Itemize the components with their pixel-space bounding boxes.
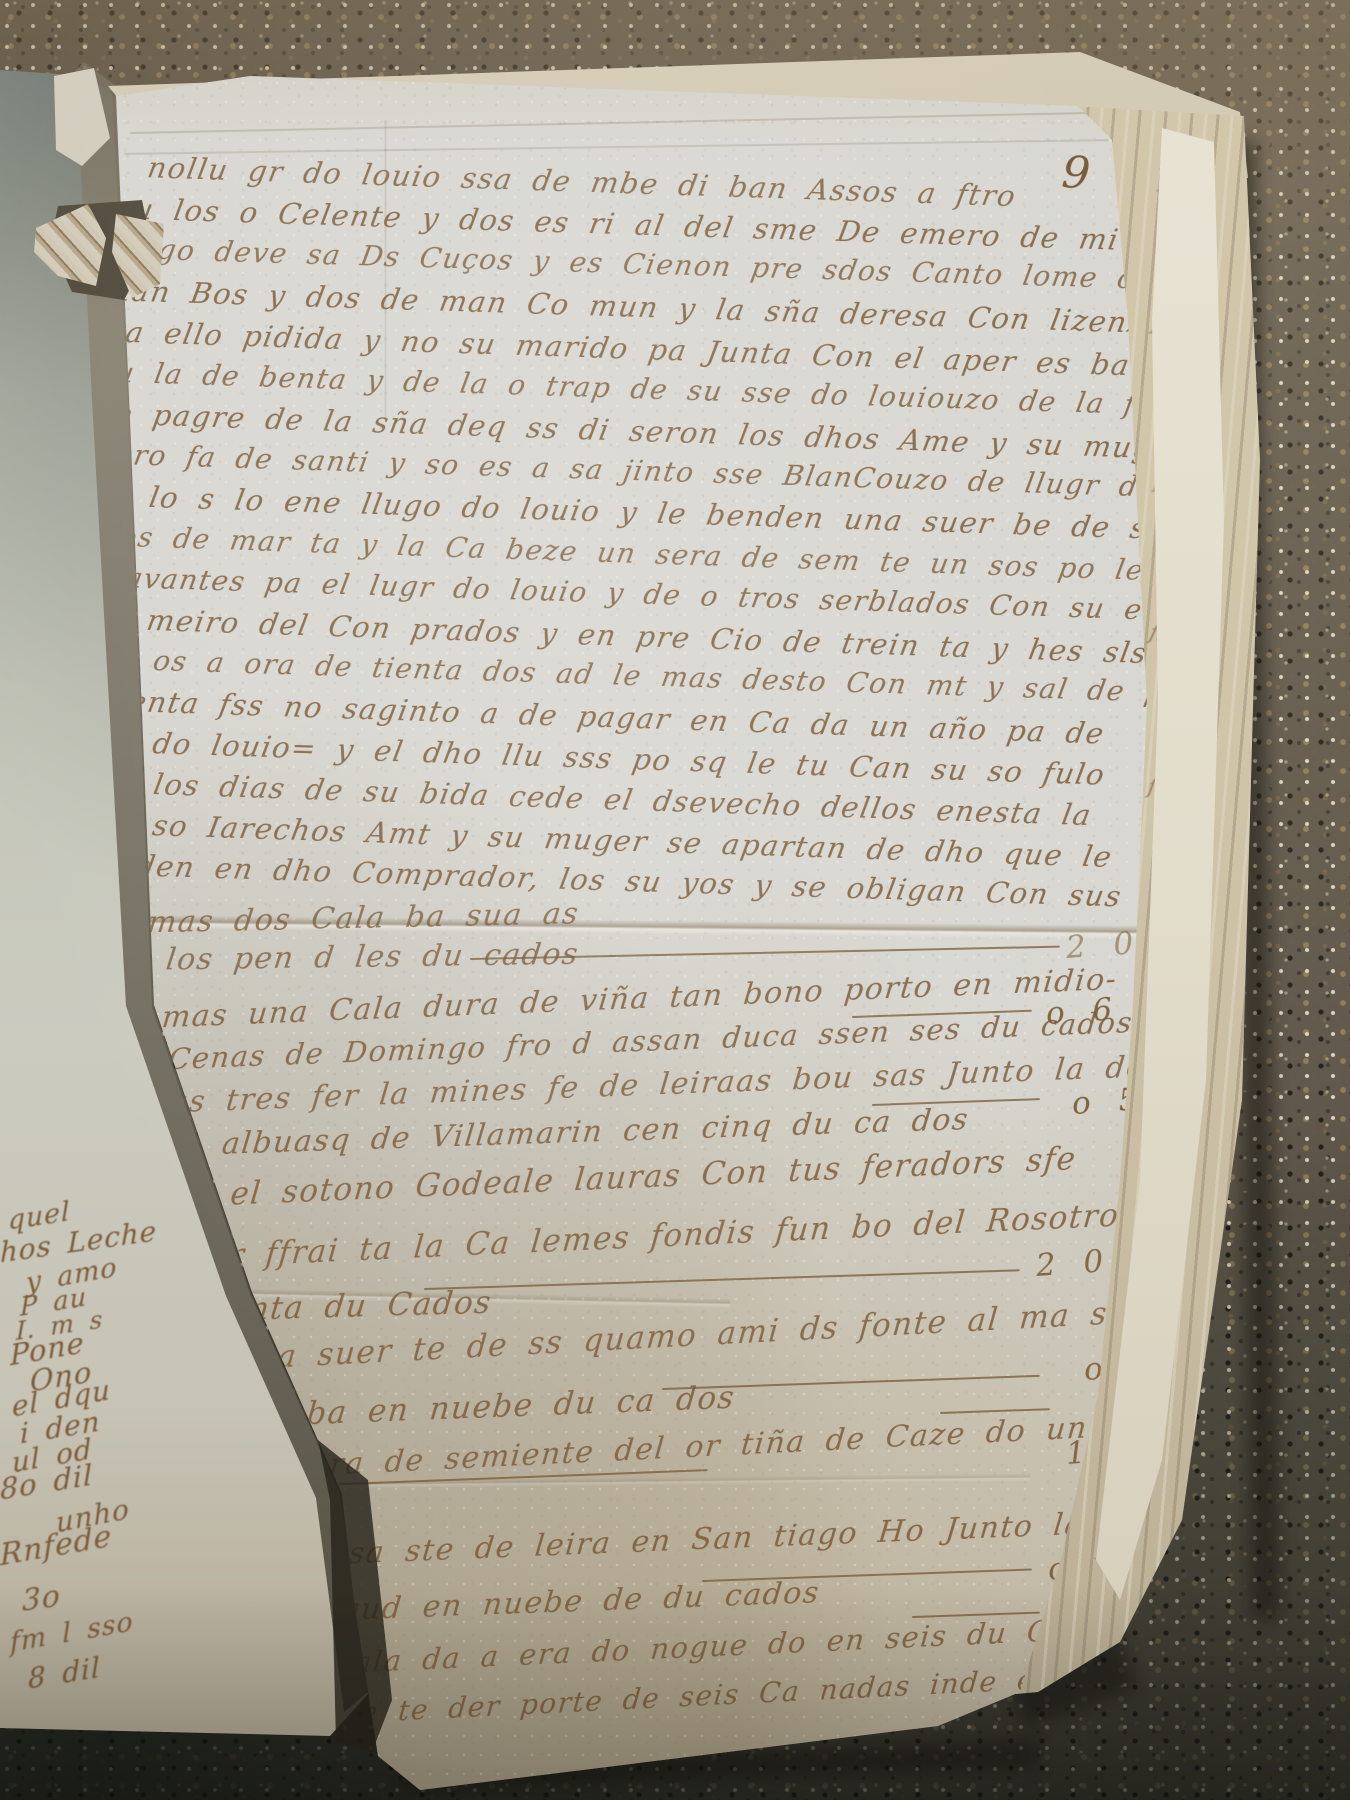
left-page-text-fragment: I. m s	[16, 1305, 103, 1347]
left-page-text-fragment: unho	[55, 1492, 130, 1540]
left-page-text-fragment: i den	[20, 1404, 101, 1450]
left-page-text-fragment: Ono	[30, 1354, 93, 1398]
left-page-text-fragment: ul od	[11, 1432, 93, 1479]
left-page-text-fragment: quel	[8, 1196, 71, 1237]
left-page-text-fragment: fm l sso	[9, 1606, 134, 1659]
left-page-text-fragment: hos Leche	[0, 1214, 157, 1269]
entry-ruled-dash	[424, 1269, 1020, 1290]
left-page-text-fragment: Rnfede	[0, 1518, 113, 1573]
account-entry-text: mas dos Cala ba sua as	[146, 896, 581, 940]
left-page-text-fragment: el dqu	[11, 1372, 111, 1423]
entry-amount-ducados: o 6	[1045, 991, 1123, 1032]
photograph-of-manuscript: quelhos Lechey amoP auI. m sPoneOnoel dq…	[0, 0, 1350, 1800]
left-page-text-fragment: Pone	[9, 1325, 85, 1372]
left-page-text-fragment: P au	[20, 1282, 88, 1323]
left-page-text-fragment: 3o	[22, 1578, 61, 1619]
left-page-text-fragment: 8o dil	[0, 1457, 93, 1506]
left-page-text-fragment: y amo	[25, 1252, 117, 1299]
entry-amount-ducados: 2 0	[1065, 925, 1144, 966]
left-page-text-fragment: 8 dil	[28, 1650, 101, 1695]
entry-amount-ducados: 2 0	[1035, 1243, 1114, 1284]
